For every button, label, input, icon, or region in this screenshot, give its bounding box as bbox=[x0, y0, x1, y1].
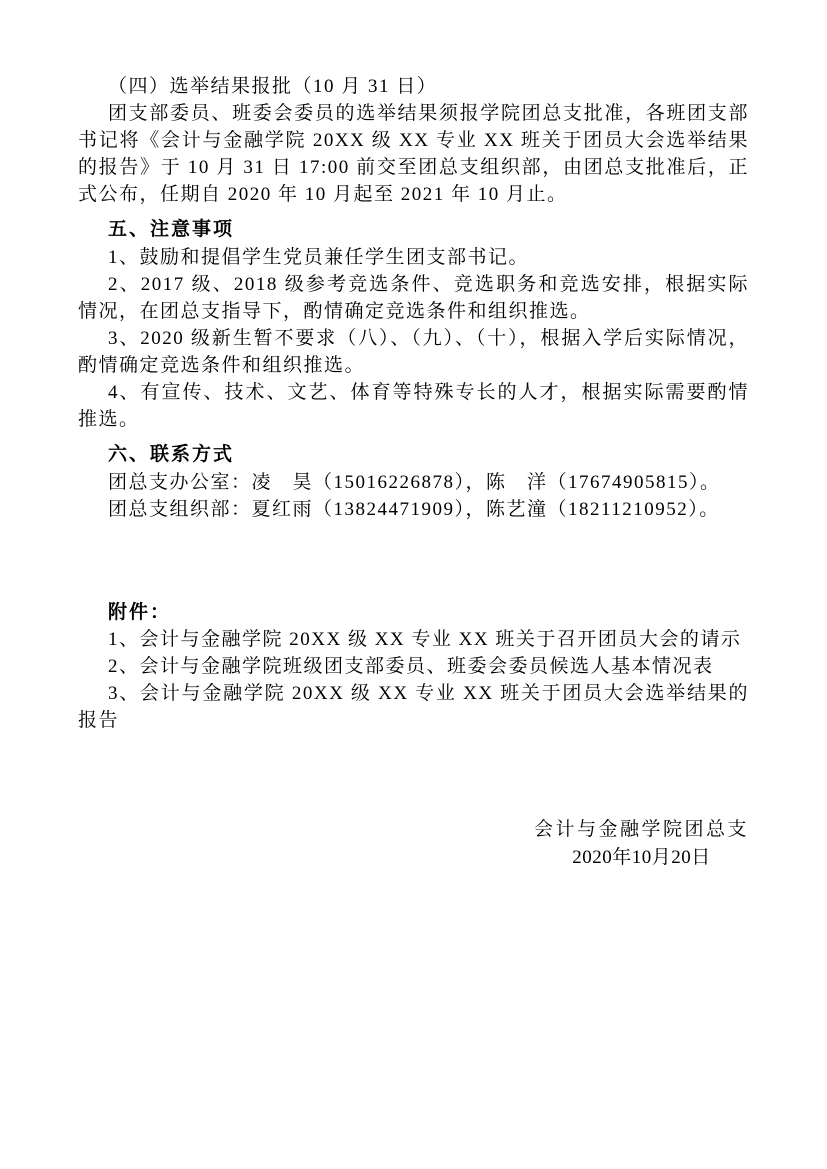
attachment-item-1: 1、会计与金融学院 20XX 级 XX 专业 XX 班关于召开团员大会的请示 bbox=[78, 626, 749, 653]
contact-org-dept-line: 团总支组织部：夏红雨（13824471909），陈艺潼（18211210952）… bbox=[78, 496, 749, 523]
section-4-paragraph: 团支部委员、班委会委员的选举结果须报学院团总支批准，各班团支部书记将《会计与金融… bbox=[78, 100, 749, 208]
notes-section-heading: 五、注意事项 bbox=[78, 216, 749, 243]
section-4-heading: （四）选举结果报批（10 月 31 日） bbox=[78, 73, 749, 100]
contact-section-heading: 六、联系方式 bbox=[78, 441, 749, 468]
signature-block: 会计与金融学院团总支 2020年10月20日 bbox=[78, 816, 749, 872]
notes-item-2: 2、2017 级、2018 级参考竞选条件、竞选职务和竞选安排，根据实际情况，在… bbox=[78, 271, 749, 325]
notes-item-4: 4、有宣传、技术、文艺、体育等特殊专长的人才，根据实际需要酌情推选。 bbox=[78, 379, 749, 433]
contact-office-line: 团总支办公室：凌 昊（15016226878），陈 洋（17674905815）… bbox=[78, 469, 749, 496]
attachment-item-2: 2、会计与金融学院班级团支部委员、班委会委员候选人基本情况表 bbox=[78, 653, 749, 680]
signature-date: 2020年10月20日 bbox=[534, 844, 749, 872]
signature-inner: 会计与金融学院团总支 2020年10月20日 bbox=[534, 816, 749, 872]
notes-item-1: 1、鼓励和提倡学生党员兼任学生团支部书记。 bbox=[78, 244, 749, 271]
notes-item-3: 3、2020 级新生暂不要求（八）、（九）、（十），根据入学后实际情况，酌情确定… bbox=[78, 325, 749, 379]
document-page: （四）选举结果报批（10 月 31 日） 团支部委员、班委会委员的选举结果须报学… bbox=[0, 0, 827, 1169]
attachment-item-3: 3、会计与金融学院 20XX 级 XX 专业 XX 班关于团员大会选举结果的报告 bbox=[78, 680, 749, 734]
attachments-label: 附件： bbox=[78, 599, 749, 626]
signature-org: 会计与金融学院团总支 bbox=[534, 816, 749, 844]
document-content: （四）选举结果报批（10 月 31 日） 团支部委员、班委会委员的选举结果须报学… bbox=[0, 0, 827, 872]
